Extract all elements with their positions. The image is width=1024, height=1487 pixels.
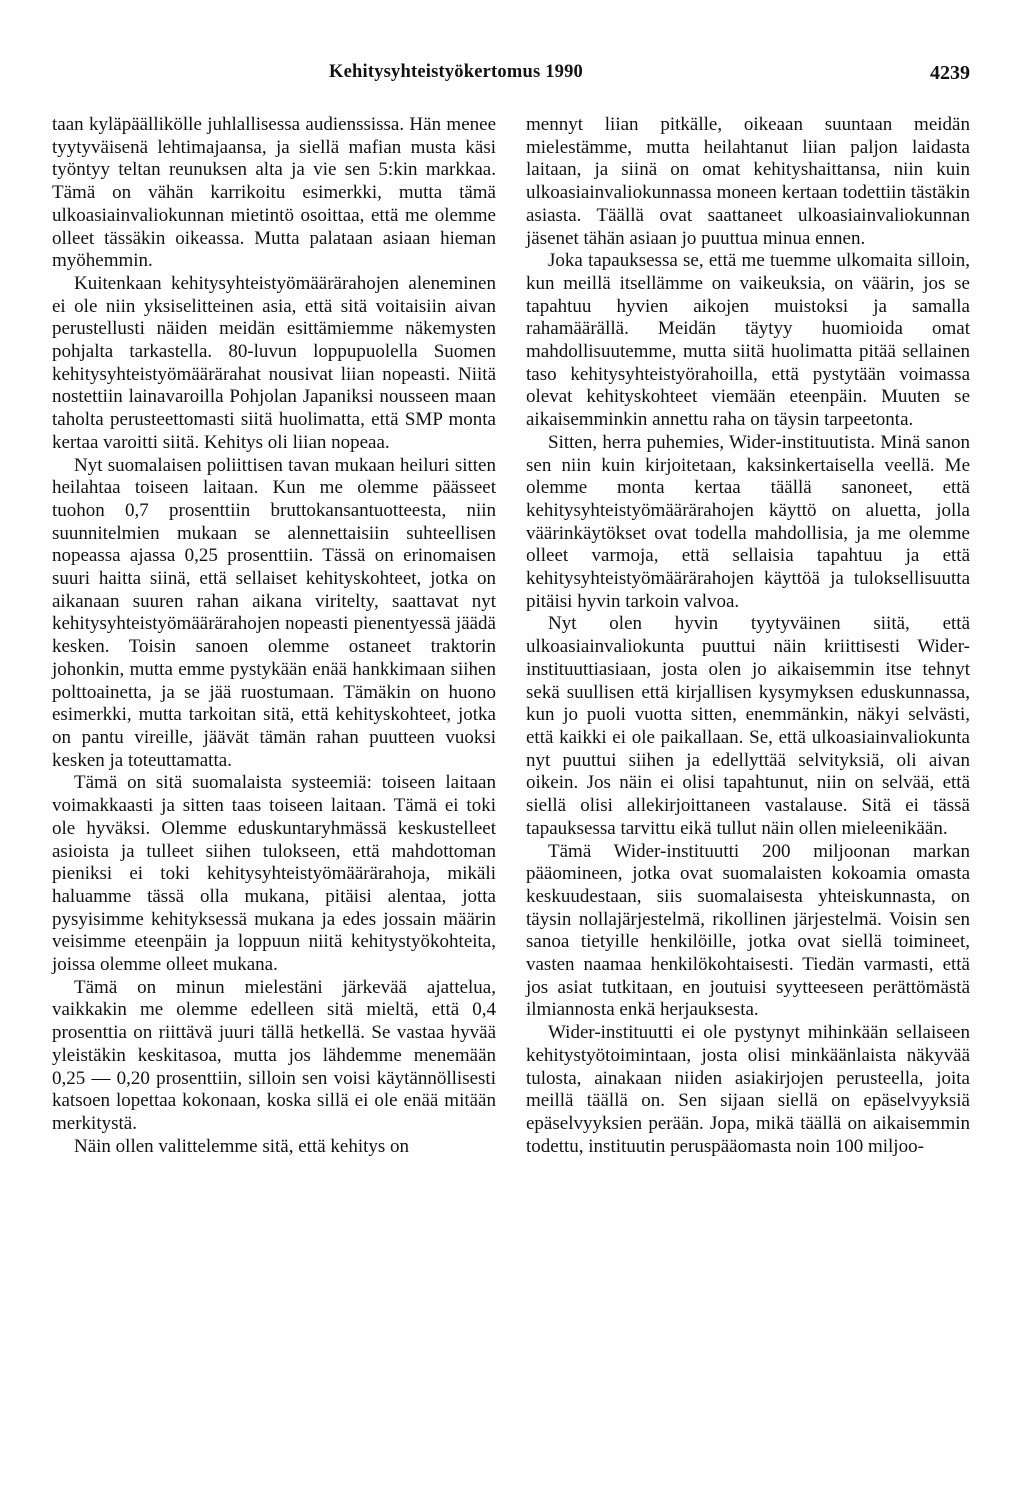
- page-number: 4239: [930, 62, 970, 85]
- paragraph: Nyt suomalaisen poliittisen tavan mukaan…: [52, 455, 496, 773]
- left-column: taan kyläpäällikölle juhlallisessa audie…: [52, 114, 496, 1158]
- document-body: taan kyläpäällikölle juhlallisessa audie…: [52, 114, 970, 1158]
- paragraph: Joka tapauksessa se, että me tuemme ulko…: [526, 250, 970, 432]
- paragraph: mennyt liian pitkälle, oikeaan suuntaan …: [526, 114, 970, 250]
- page-header: Kehitysyhteistyökertomus 1990 4239: [52, 62, 970, 90]
- paragraph: Tämä on sitä suomalaista systeemiä: tois…: [52, 772, 496, 976]
- paragraph: Nyt olen hyvin tyytyväinen siitä, että u…: [526, 613, 970, 840]
- paragraph: Tämä on minun mielestäni järkevää ajatte…: [52, 977, 496, 1136]
- paragraph: taan kyläpäällikölle juhlallisessa audie…: [52, 114, 496, 273]
- document-page: Kehitysyhteistyökertomus 1990 4239 taan …: [0, 0, 1024, 1487]
- paragraph: Sitten, herra puhemies, Wider-instituuti…: [526, 432, 970, 614]
- right-column: mennyt liian pitkälle, oikeaan suuntaan …: [526, 114, 970, 1158]
- paragraph: Wider-instituutti ei ole pystynyt mihink…: [526, 1022, 970, 1158]
- running-title: Kehitysyhteistyökertomus 1990: [0, 62, 915, 83]
- paragraph: Näin ollen valittelemme sitä, että kehit…: [52, 1136, 496, 1159]
- paragraph: Kuitenkaan kehitysyhteistyömäärärahojen …: [52, 273, 496, 455]
- paragraph: Tämä Wider-instituutti 200 miljoonan mar…: [526, 841, 970, 1023]
